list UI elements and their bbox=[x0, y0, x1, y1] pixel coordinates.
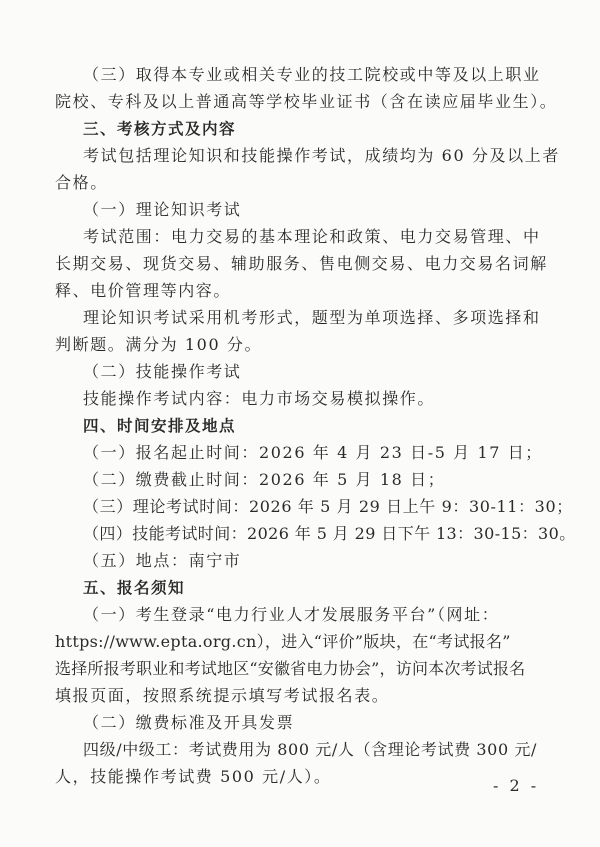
paragraph-line: 释、电价管理等内容。 bbox=[55, 281, 475, 301]
schedule-item: （五）地点：南宁市 bbox=[83, 551, 503, 571]
paragraph-line: https://www.epta.org.cn），进入“评价”版块，在“考试报名… bbox=[55, 632, 475, 652]
paragraph-line: 填报页面，按照系统提示填写考试报名表。 bbox=[55, 686, 475, 706]
paragraph-line: 四级/中级工：考试费用为 800 元/人（含理论考试费 300 元/ bbox=[83, 740, 503, 760]
subsection-heading: （一）理论知识考试 bbox=[83, 200, 503, 220]
paragraph-line: 合格。 bbox=[55, 173, 475, 193]
subsection-heading: （二）技能操作考试 bbox=[83, 362, 503, 382]
section-heading: 五、报名须知 bbox=[83, 578, 503, 598]
section-heading: 四、时间安排及地点 bbox=[83, 416, 503, 436]
schedule-item: （三）理论考试时间：2026 年 5 月 29 日上午 9：30-11：30； bbox=[83, 497, 503, 517]
paragraph-line: 选择所报考职业和考试地区“安徽省电力协会”，访问本次考试报名 bbox=[55, 659, 475, 679]
paragraph-line: 考试范围：电力交易的基本理论和政策、电力交易管理、中 bbox=[83, 227, 503, 247]
schedule-item: （四）技能考试时间：2026 年 5 月 29 日下午 13：30-15：30。 bbox=[83, 524, 503, 544]
paragraph-line: 院校、专科及以上普通高等学校毕业证书（含在读应届毕业生）。 bbox=[55, 92, 475, 112]
paragraph-line: 长期交易、现货交易、辅助服务、售电侧交易、电力交易名词解 bbox=[55, 254, 475, 274]
subsection-heading: （二）缴费标准及开具发票 bbox=[83, 713, 503, 733]
paragraph-line: 理论知识考试采用机考形式，题型为单项选择、多项选择和 bbox=[83, 308, 503, 328]
paragraph-line: 判断题。满分为 100 分。 bbox=[55, 335, 475, 355]
page-number: - 2 - bbox=[493, 776, 539, 795]
section-heading: 三、考核方式及内容 bbox=[83, 119, 503, 139]
paragraph-line: （三）取得本专业或相关专业的技工院校或中等及以上职业 bbox=[83, 65, 503, 85]
document-page: （三）取得本专业或相关专业的技工院校或中等及以上职业 院校、专科及以上普通高等学… bbox=[0, 0, 600, 847]
paragraph-line: （一）考生登录“电力行业人才发展服务平台”（网址： bbox=[83, 605, 503, 625]
schedule-item: （二）缴费截止时间：2026 年 5 月 18 日； bbox=[83, 470, 503, 490]
paragraph-line: 技能操作考试内容：电力市场交易模拟操作。 bbox=[83, 389, 503, 409]
schedule-item: （一）报名起止时间：2026 年 4 月 23 日-5 月 17 日； bbox=[83, 443, 503, 463]
paragraph-line: 考试包括理论知识和技能操作考试，成绩均为 60 分及以上者 bbox=[83, 146, 503, 166]
paragraph-line: 人，技能操作考试费 500 元/人）。 bbox=[55, 767, 475, 787]
